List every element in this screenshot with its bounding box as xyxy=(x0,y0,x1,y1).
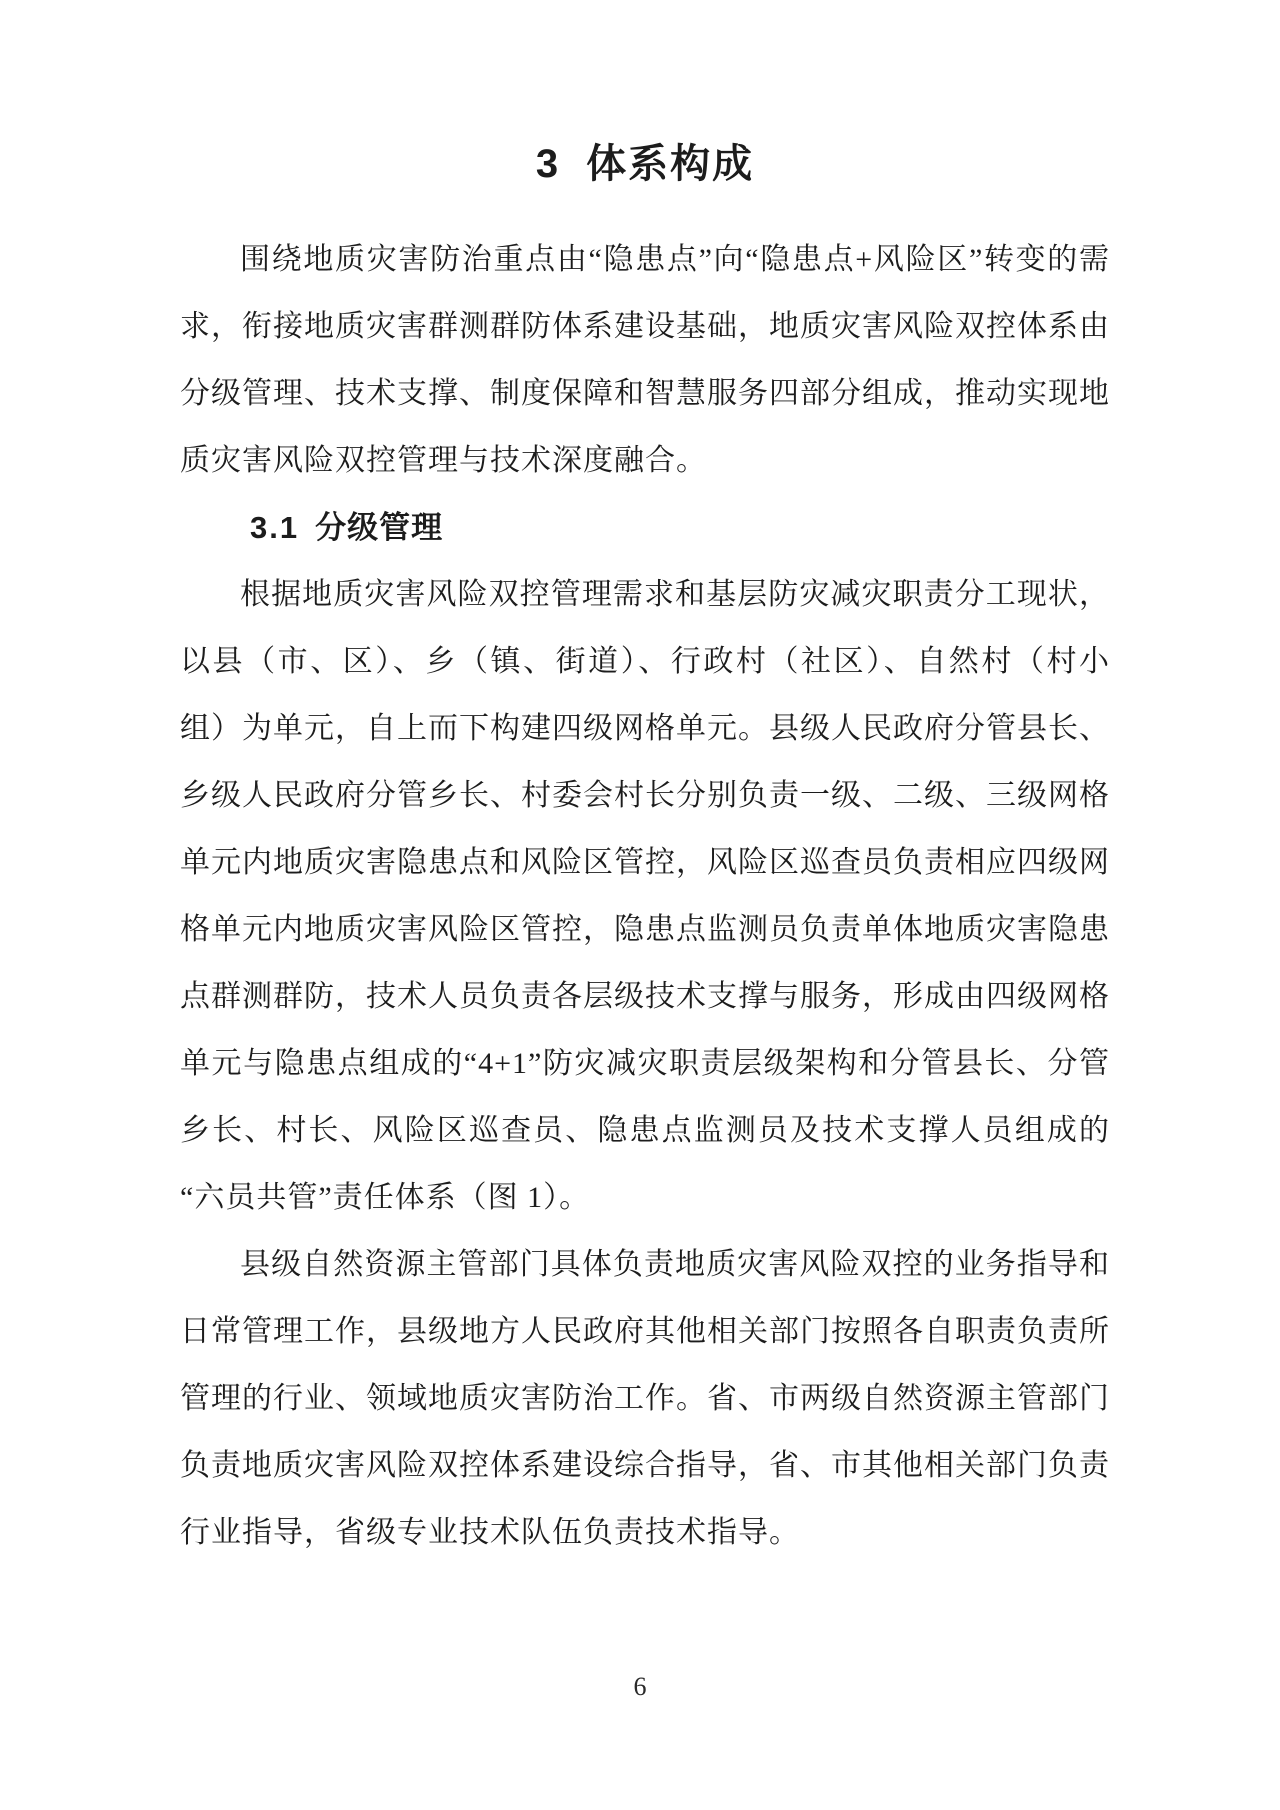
chapter-title-text: 体系构成 xyxy=(586,142,754,186)
document-page: 3体系构成 围绕地质灾害防治重点由“隐患点”向“隐患点+风险区”转变的需求，衔接… xyxy=(0,0,1280,1810)
chapter-title: 3体系构成 xyxy=(180,138,1110,190)
intro-paragraph: 围绕地质灾害防治重点由“隐患点”向“隐患点+风险区”转变的需求，衔接地质灾害群测… xyxy=(180,226,1110,494)
section-heading: 3.1分级管理 xyxy=(180,494,1110,561)
grading-paragraph: 根据地质灾害风险双控管理需求和基层防灾减灾职责分工现状，以县（市、区）、乡（镇、… xyxy=(180,561,1110,1231)
section-title-text: 分级管理 xyxy=(315,510,443,545)
chapter-number: 3 xyxy=(536,142,558,186)
responsibility-paragraph: 县级自然资源主管部门具体负责地质灾害风险双控的业务指导和日常管理工作，县级地方人… xyxy=(180,1231,1110,1566)
page-number: 6 xyxy=(0,1672,1280,1702)
section-number: 3.1 xyxy=(250,510,299,545)
